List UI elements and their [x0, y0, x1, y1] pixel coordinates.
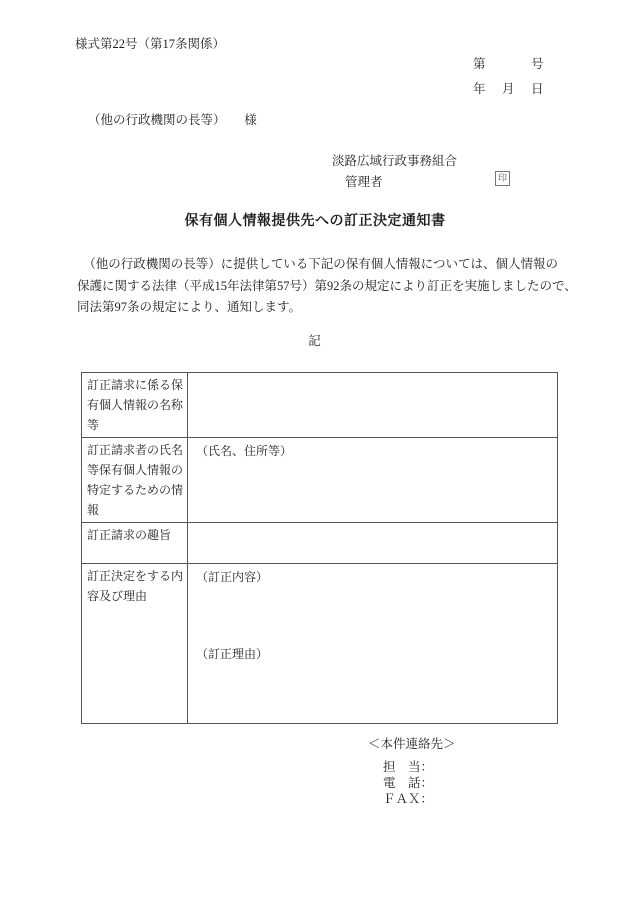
record-marker: 記 [0, 331, 630, 349]
row-label: 訂正請求の趣旨 [82, 523, 188, 564]
seal-stamp-icon: 印 [495, 171, 510, 186]
sender-role: 管理者 [345, 172, 383, 190]
table-row: 訂正請求の趣旨 [82, 523, 558, 564]
table-row: 訂正請求者の氏名等保有個人情報の特定するための情報 （氏名、住所等） [82, 438, 558, 523]
row-value [188, 523, 558, 564]
contact-fax-line: ＦＡＸ： [383, 791, 433, 807]
sender-organization: 淡路広域行政事務組合 [332, 151, 457, 169]
doc-number-date-block: 第 号 年 月 日 [473, 52, 546, 102]
correction-content-placeholder: （訂正内容） [196, 567, 553, 587]
doc-number-line: 第 号 [473, 52, 546, 77]
row-label: 訂正決定をする内容及び理由 [82, 564, 188, 724]
body-line: 同法第97条の規定により、通知します。 [77, 297, 563, 319]
row-value: （氏名、住所等） [188, 438, 558, 523]
contact-block: 担 当： 電 話： ＦＡＸ： [383, 759, 433, 807]
doc-date-line: 年 月 日 [473, 77, 546, 102]
body-paragraph: （他の行政機関の長等）に提供している下記の保有個人情報については、個人情報の 保… [77, 254, 563, 319]
recipient-line: （他の行政機関の長等） 様 [88, 110, 257, 128]
contact-phone-line: 電 話： [383, 775, 433, 791]
row-value: （訂正内容） （訂正理由） [188, 564, 558, 724]
table-row: 訂正決定をする内容及び理由 （訂正内容） （訂正理由） [82, 564, 558, 724]
correction-reason-placeholder: （訂正理由） [196, 644, 553, 664]
row-label: 訂正請求に係る保有個人情報の名称等 [82, 373, 188, 438]
form-number: 様式第22号（第17条関係） [75, 34, 225, 52]
body-line: （他の行政機関の長等）に提供している下記の保有個人情報については、個人情報の [77, 254, 563, 276]
table-row: 訂正請求に係る保有個人情報の名称等 [82, 373, 558, 438]
document-title: 保有個人情報提供先への訂正決定通知書 [0, 210, 630, 230]
body-line: 保護に関する法律（平成15年法律第57号）第92条の規定により訂正を実施しました… [77, 276, 563, 298]
contact-header: ＜本件連絡先＞ [368, 734, 456, 752]
document-page: 様式第22号（第17条関係） 第 号 年 月 日 （他の行政機関の長等） 様 淡… [0, 0, 630, 903]
row-label: 訂正請求者の氏名等保有個人情報の特定するための情報 [82, 438, 188, 523]
details-table: 訂正請求に係る保有個人情報の名称等 訂正請求者の氏名等保有個人情報の特定するため… [81, 372, 558, 724]
row-value [188, 373, 558, 438]
contact-person-line: 担 当： [383, 759, 433, 775]
